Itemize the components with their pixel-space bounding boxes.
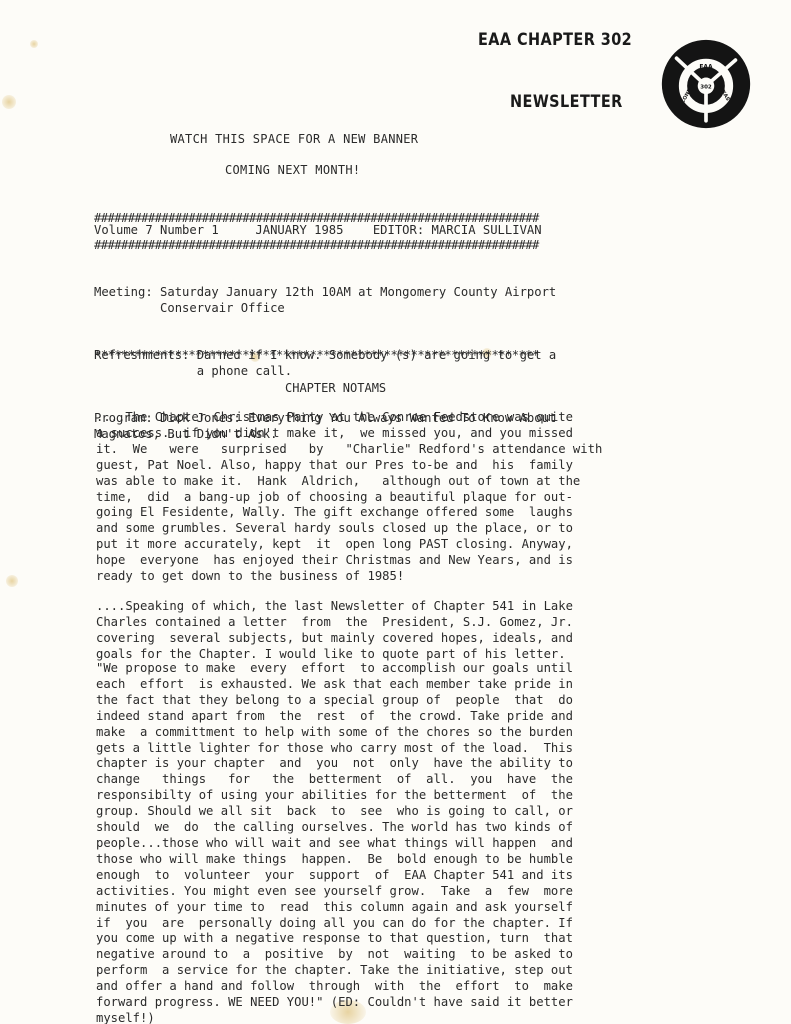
newsletter-subtitle: NEWSLETTER [510, 92, 623, 112]
article-paragraph: ....Speaking of which, the last Newslett… [96, 599, 708, 663]
paper-stain [30, 40, 38, 48]
meeting-info: Meeting: Saturday January 12th 10AM at M… [94, 285, 714, 316]
chapter-logo: 302 EAA CONROE TEXAS [660, 38, 752, 130]
issue-info: Volume 7 Number 1 JANUARY 1985 EDITOR: M… [94, 223, 714, 239]
newsletter-title: EAA CHAPTER 302 [478, 30, 632, 50]
newsletter-page: EAA CHAPTER 302 NEWSLETTER 302 EAA CONRO… [0, 0, 791, 1024]
section-title: CHAPTER NOTAMS [285, 381, 386, 395]
paper-stain [2, 95, 16, 109]
hash-divider: ########################################… [94, 238, 714, 254]
paper-stain [6, 575, 18, 587]
star-divider: ****************************************… [94, 348, 714, 364]
svg-text:302: 302 [700, 85, 712, 91]
article-paragraph: ....The Chapter Christmas Party at the C… [96, 410, 708, 585]
article-quote: "We propose to make every effort to acco… [96, 661, 708, 1024]
banner-notice-line1: WATCH THIS SPACE FOR A NEW BANNER [170, 132, 418, 146]
svg-text:EAA: EAA [699, 63, 713, 70]
banner-notice-line2: COMING NEXT MONTH! [225, 163, 360, 177]
